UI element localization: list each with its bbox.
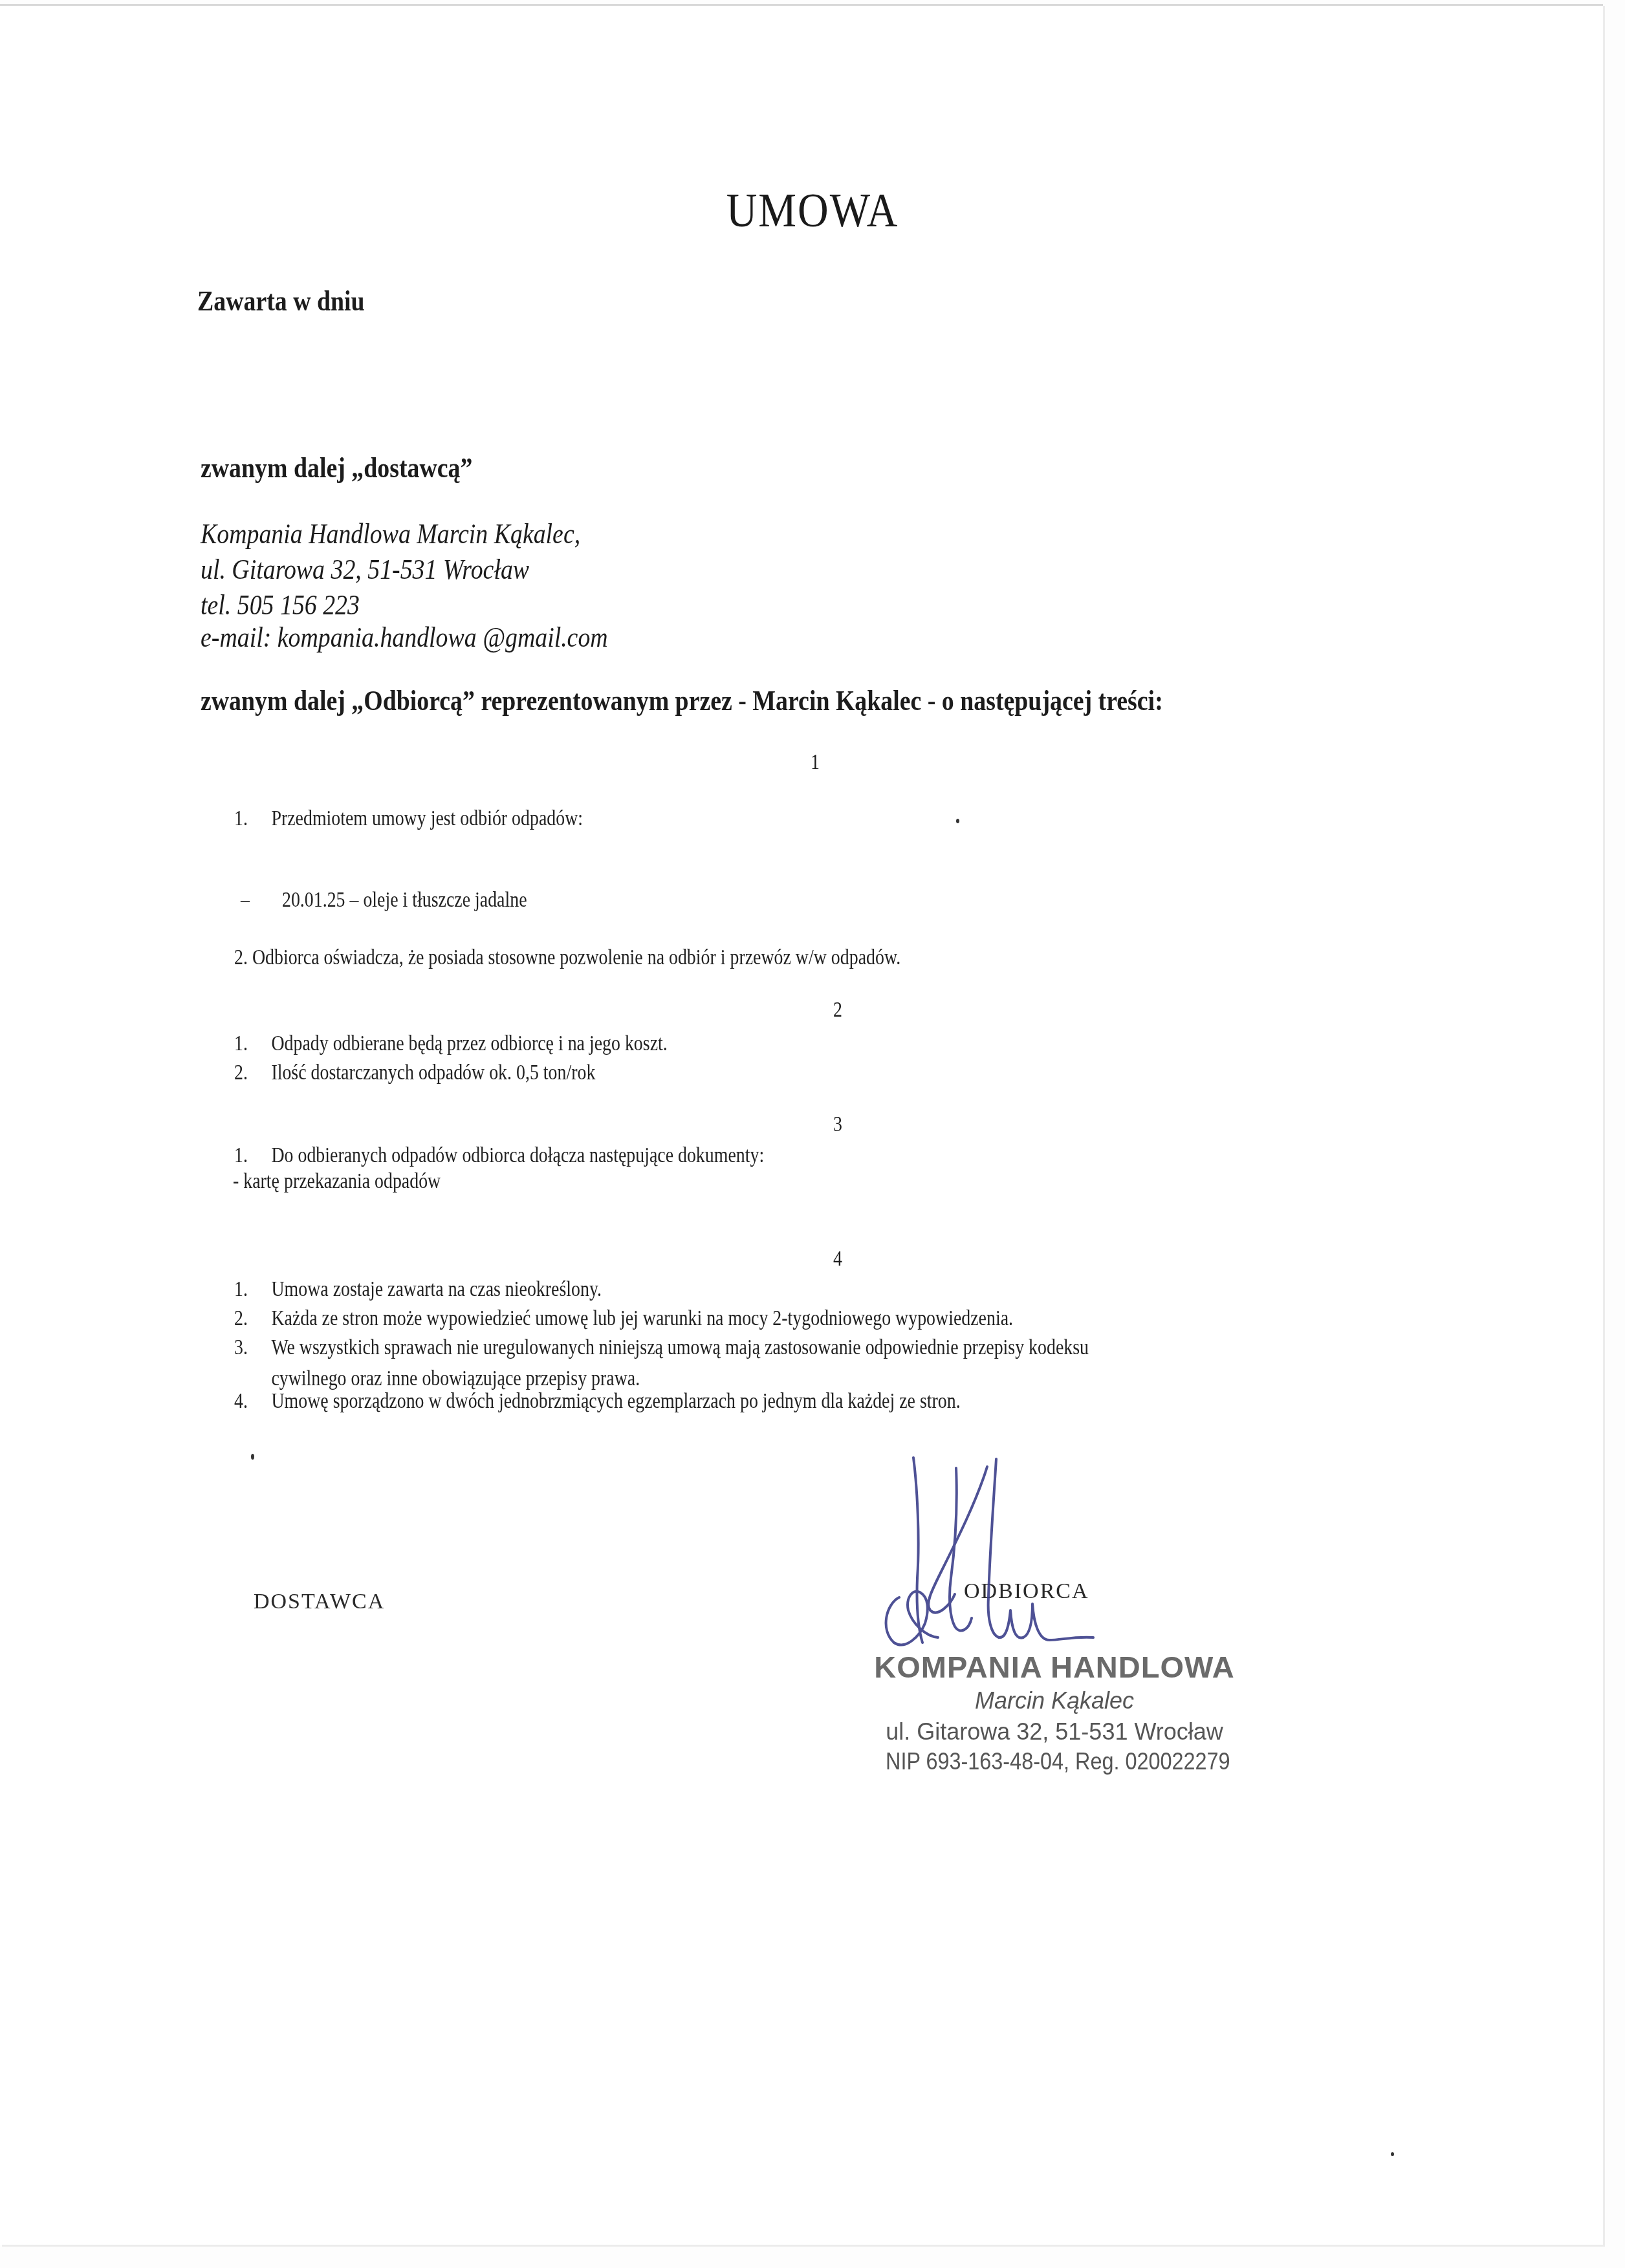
section-number: 3	[827, 1112, 849, 1137]
supplier-name: Kompania Handlowa Marcin Kąkalec,	[201, 517, 580, 550]
section-1-item-2: –20.01.25 – oleje i tłuszcze jadalne	[241, 888, 527, 913]
section-number: 2	[827, 998, 849, 1022]
stamp-ids: NIP 693-163-48-04, Reg. 020022279	[886, 1748, 1223, 1775]
document-title: UMOWA	[0, 183, 1625, 238]
recipient-intro: zwanym dalej „Odbiorcą” reprezentowanym …	[201, 684, 1163, 717]
section-4-item-3-cont: cywilnego oraz inne obowiązujące przepis…	[234, 1366, 640, 1391]
item-text: Odpady odbierane będą przez odbiorcę i n…	[271, 1031, 667, 1055]
section-4-item-1: 1.Umowa zostaje zawarta na czas nieokreś…	[234, 1277, 602, 1302]
item-text: cywilnego oraz inne obowiązujące przepis…	[271, 1366, 640, 1390]
item-text: 20.01.25 – oleje i tłuszcze jadalne	[282, 888, 527, 912]
item-number: 1.	[234, 806, 271, 831]
supplier-address: ul. Gitarowa 32, 51-531 Wrocław	[201, 553, 529, 586]
item-text: Ilość dostarczanych odpadów ok. 0,5 ton/…	[271, 1061, 595, 1085]
section-number: 1	[805, 750, 826, 775]
item-text: We wszystkich sprawach nie uregulowanych…	[271, 1335, 1089, 1359]
item-text: Do odbieranych odpadów odbiorca dołącza …	[271, 1143, 764, 1167]
company-stamp: KOMPANIA HANDLOWA Marcin Kąkalec ul. Git…	[867, 1649, 1242, 1775]
stamp-address: ul. Gitarowa 32, 51-531 Wrocław	[867, 1718, 1242, 1745]
scan-speck	[956, 819, 959, 823]
supplier-intro: zwanym dalej „dostawcą”	[201, 451, 472, 484]
item-text: Przedmiotem umowy jest odbiór odpadów:	[271, 806, 583, 830]
section-4-item-4: 4.Umowę sporządzono w dwóch jednobrzmiąc…	[234, 1389, 961, 1414]
item-text: Umowę sporządzono w dwóch jednobrzmiącyc…	[271, 1389, 960, 1413]
item-number: 2.	[234, 1061, 271, 1085]
stamp-company: KOMPANIA HANDLOWA	[867, 1649, 1242, 1685]
section-3-item-2: - kartę przekazania odpadów	[233, 1169, 441, 1194]
item-text: 2. Odbiorca oświadcza, że posiada stosow…	[234, 945, 900, 969]
section-3-item-1: 1.Do odbieranych odpadów odbiorca dołącz…	[234, 1143, 764, 1168]
section-number: 4	[827, 1247, 849, 1271]
supplier-signature-label: DOSTAWCA	[254, 1590, 385, 1614]
item-bullet: –	[241, 888, 282, 913]
section-2-item-2: 2.Ilość dostarczanych odpadów ok. 0,5 to…	[234, 1061, 595, 1085]
section-4-item-3: 3.We wszystkich sprawach nie uregulowany…	[234, 1335, 1089, 1360]
item-text: Każda ze stron może wypowiedzieć umowę l…	[271, 1306, 1013, 1330]
scanned-page	[0, 4, 1603, 2245]
item-text: - kartę przekazania odpadów	[233, 1169, 441, 1193]
item-number: 1.	[234, 1277, 271, 1302]
stamp-owner: Marcin Kąkalec	[867, 1687, 1242, 1714]
supplier-phone: tel. 505 156 223	[201, 589, 360, 621]
scan-speck	[1391, 2152, 1394, 2156]
item-text: Umowa zostaje zawarta na czas nieokreślo…	[271, 1277, 602, 1301]
section-1-item-1: 1.Przedmiotem umowy jest odbiór odpadów:	[234, 806, 583, 831]
item-number: 2.	[234, 1306, 271, 1331]
section-4-item-2: 2.Każda ze stron może wypowiedzieć umowę…	[234, 1306, 1013, 1331]
section-1-item-3: 2. Odbiorca oświadcza, że posiada stosow…	[234, 945, 900, 970]
scan-speck	[251, 1454, 254, 1460]
item-number: 1.	[234, 1031, 271, 1056]
section-2-item-1: 1.Odpady odbierane będą przez odbiorcę i…	[234, 1031, 668, 1056]
supplier-email: e-mail: kompania.handlowa @gmail.com	[201, 621, 608, 654]
item-number: 1.	[234, 1143, 271, 1168]
item-number: 4.	[234, 1389, 271, 1414]
concluded-on-label: Zawarta w dniu	[197, 285, 365, 318]
item-number: 3.	[234, 1335, 271, 1360]
handwritten-signature	[880, 1449, 1242, 1669]
